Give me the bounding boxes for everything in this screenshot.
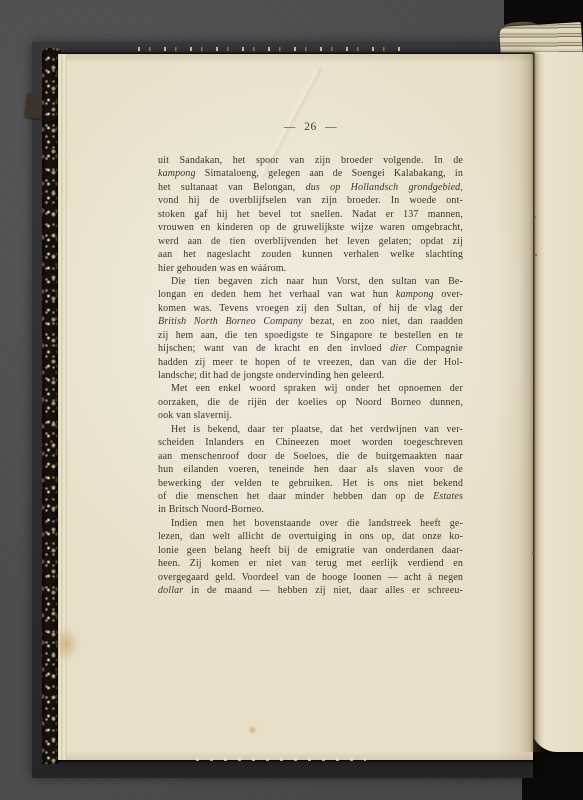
text-line: lonie geen belang heeft bij de emigratie… (158, 544, 463, 557)
cover-edge-specks-bottom (196, 758, 366, 761)
text-line: Met een enkel woord spraken wij onder he… (158, 382, 463, 395)
text-line: stoken gaf hij het bevel tot snellen. Na… (158, 208, 463, 221)
text-line: longan en deden hem het verhaal van wat … (158, 288, 463, 301)
text-line: vrouwen en kinderen op de gruwelijkste w… (158, 221, 463, 234)
stain-spot (248, 726, 257, 734)
page-speck (532, 552, 534, 554)
text-line: vond hij de overblijfselen van zijn broe… (158, 194, 463, 207)
book-page: — 26 — uit Sandakan, het spoor van zijn … (58, 54, 533, 760)
text-line: Indien men het bovenstaande over die lan… (158, 517, 463, 530)
text-line: komen was. Tevens vroegen zij den Sultan… (158, 302, 463, 315)
text-line: ook van slavernij. (158, 409, 463, 422)
text-line: Het is bekend, daar ter plaatse, dat het… (158, 423, 463, 436)
text-line: bewerking der velden te gebruiken. Het i… (158, 477, 463, 490)
text-line: heen. Zij komen er niet van terug met ee… (158, 557, 463, 570)
text-line: scheiden Inlanders en Chineezen moet wor… (158, 436, 463, 449)
text-line: lezen, dan welt allicht de overtuiging i… (158, 530, 463, 543)
text-line: kampong Simataloeng, gelegen aan de Soen… (158, 167, 463, 180)
text-line: hun eilanden voeren, teneinde hen daar a… (158, 463, 463, 476)
text-line: aan het nageslacht zouden kunnen verhale… (158, 248, 463, 261)
text-line: Die tien begaven zich naar hun Vorst, de… (158, 275, 463, 288)
cover-edge-specks-top (138, 47, 400, 51)
page-speck (535, 254, 537, 256)
text-line: zij hem aan, die ten spoedigste te Singa… (158, 329, 463, 342)
text-line: het sultanaat van Belongan, dus op Holla… (158, 181, 463, 194)
text-line: dollar in de maand — hebben zij niet, da… (158, 584, 463, 597)
text-line: uit Sandakan, het spoor van zijn broeder… (158, 154, 463, 167)
text-line: of die menschen het daar minder hebben d… (158, 490, 463, 503)
facing-page-edge (531, 52, 583, 752)
text-line: aan menschenroof door de Soeloes, die de… (158, 450, 463, 463)
text-line: hijschen; want van de kracht en den invl… (158, 342, 463, 355)
text-line: werd aan de tien overblijvenden het leve… (158, 235, 463, 248)
text-block: uit Sandakan, het spoor van zijn broeder… (158, 154, 463, 597)
text-line: landsche; dit had de jongste ondervindin… (158, 369, 463, 382)
text-line: hadden zij meer te hopen of te vreezen, … (158, 356, 463, 369)
page-speck (534, 216, 536, 218)
text-line: overgegaard geld. Voordeel van de hooge … (158, 571, 463, 584)
text-line: in Britsch Noord-Borneo. (158, 503, 463, 516)
text-line: hier gehouden was en wáárom. (158, 262, 463, 275)
text-line: oorzaken, die de rijën der koelies op No… (158, 396, 463, 409)
stain-left-edge (58, 628, 78, 660)
page-number: — 26 — (158, 121, 463, 133)
scan-background: — 26 — uit Sandakan, het spoor van zijn … (0, 0, 583, 800)
text-line: British North Borneo Company bezat, en z… (158, 315, 463, 328)
